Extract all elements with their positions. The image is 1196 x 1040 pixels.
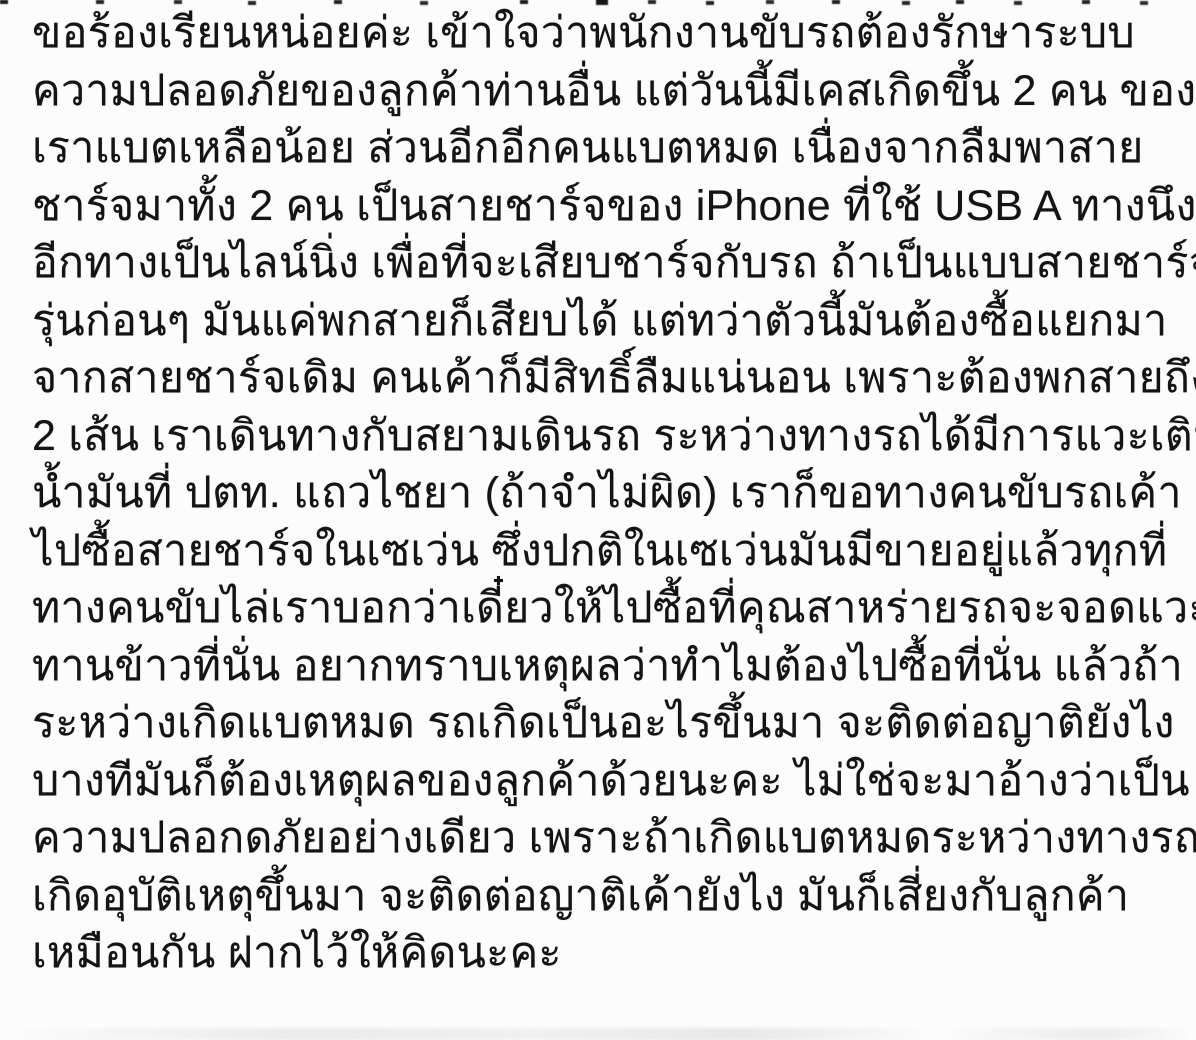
text-line-5: อีกทางเป็นไลน์นิ่ง เพื่อที่จะเสียบชาร์จก… xyxy=(32,235,1176,293)
text-line-2: ความปลอดภัยของลูกค้าท่านอื่น แต่วันนี้มี… xyxy=(32,63,1176,121)
text-line-13: ระหว่างเกิดแบตหมด รถเกิดเป็นอะไรขึ้นมา จ… xyxy=(32,695,1176,753)
complaint-message-text: ขอร้องเรียนหน่อยค่ะ เข้าใจว่าพนักงานขับร… xyxy=(32,5,1176,983)
text-line-6: รุ่นก่อนๆ มันแค่พกสายก็เสียบได้ แต่ทว่าต… xyxy=(32,293,1176,351)
text-line-17: เหมือนกัน ฝากไว้ให้คิดนะคะ xyxy=(32,925,1176,983)
cropped-line-bottom-remnant xyxy=(0,1028,1196,1040)
text-line-9: น้ำมันที่ ปตท. แถวไชยา (ถ้าจำไม่ผิด) เรา… xyxy=(32,465,1176,523)
text-line-15: ความปลอกดภัยอย่างเดียว เพราะถ้าเกิดแบตหม… xyxy=(32,810,1176,868)
text-line-11: ทางคนขับไล่เราบอกว่าเดี๋ยวให้ไปซื้อที่คุ… xyxy=(32,580,1176,638)
text-line-8: 2 เส้น เราเดินทางกับสยามเดินรถ ระหว่างทา… xyxy=(32,408,1176,466)
cropped-line-top-remnant xyxy=(0,0,8,4)
text-line-7: จากสายชาร์จเดิม คนเค้าก็มีสิทธิ์ลืมแน่นอ… xyxy=(32,350,1176,408)
text-line-12: ทานข้าวที่นั่น อยากทราบเหตุผลว่าทำไมต้อง… xyxy=(32,638,1176,696)
text-line-10: ไปซื้อสายชาร์จในเซเว่น ซึ่งปกติในเซเว่นม… xyxy=(32,523,1176,581)
text-line-14: บางทีมันก็ต้องเหตุผลของลูกค้าด้วยนะคะ ไม… xyxy=(32,753,1176,811)
text-line-3: เราแบตเหลือน้อย ส่วนอีกอีกคนแบตหมด เนื่อ… xyxy=(32,120,1176,178)
text-line-4: ชาร์จมาทั้ง 2 คน เป็นสายชาร์จของ iPhone … xyxy=(32,178,1176,236)
text-line-16: เกิดอุบัติเหตุขึ้นมา จะติดต่อญาติเค้ายัง… xyxy=(32,868,1176,926)
text-document-page: ขอร้องเรียนหน่อยค่ะ เข้าใจว่าพนักงานขับร… xyxy=(0,0,1196,1040)
text-line-1: ขอร้องเรียนหน่อยค่ะ เข้าใจว่าพนักงานขับร… xyxy=(32,5,1176,63)
